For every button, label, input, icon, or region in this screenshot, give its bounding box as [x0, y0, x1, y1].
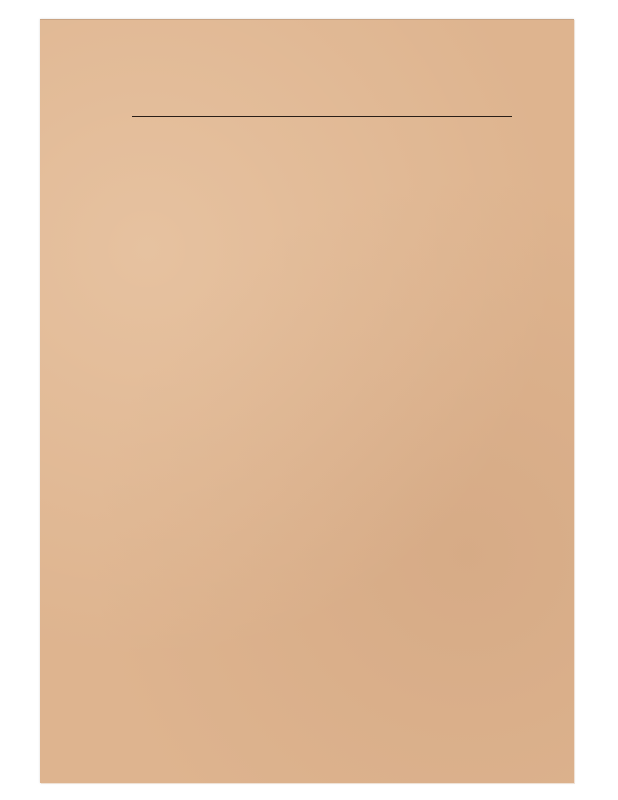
border-bottom: [92, 657, 528, 675]
border-top: [92, 95, 528, 113]
advertisement-body: [146, 113, 498, 121]
border-right: [510, 117, 528, 655]
page-title: [132, 113, 512, 117]
ornamental-border: [92, 95, 528, 675]
border-left: [92, 117, 110, 655]
